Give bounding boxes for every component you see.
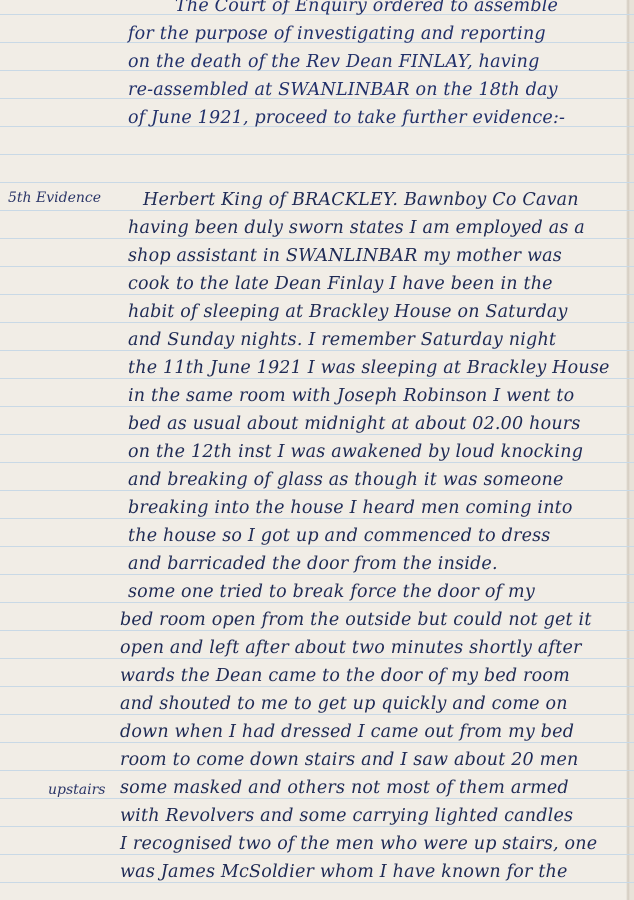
- evidence-line: the 11th June 1921 I was sleeping at Bra…: [128, 358, 610, 378]
- evidence-line: and Sunday nights. I remember Saturday n…: [128, 330, 556, 350]
- evidence-line: Herbert King of BRACKLEY. Bawnboy Co Cav…: [143, 190, 579, 210]
- header-line: for the purpose of investigating and rep…: [128, 24, 546, 44]
- ruled-line: [0, 406, 634, 407]
- ruled-line: [0, 462, 634, 463]
- evidence-line: shop assistant in SWANLINBAR my mother w…: [128, 246, 562, 266]
- ruled-line: [0, 210, 634, 211]
- evidence-line: some masked and others not most of them …: [120, 778, 569, 798]
- ruled-line: [0, 574, 634, 575]
- evidence-line: was James McSoldier whom I have known fo…: [120, 862, 568, 882]
- evidence-line: in the same room with Joseph Robinson I …: [128, 386, 574, 406]
- ruled-line: [0, 266, 634, 267]
- ruled-line: [0, 378, 634, 379]
- ruled-line: [0, 602, 634, 603]
- ruled-line: [0, 714, 634, 715]
- evidence-line: with Revolvers and some carrying lighted…: [120, 806, 573, 826]
- header-line: of June 1921, proceed to take further ev…: [128, 108, 565, 128]
- ruled-line: [0, 182, 634, 183]
- ruled-line: [0, 518, 634, 519]
- ruled-line: [0, 686, 634, 687]
- ruled-line: [0, 630, 634, 631]
- evidence-line: I recognised two of the men who were up …: [120, 834, 597, 854]
- ruled-line: [0, 546, 634, 547]
- ruled-line: [0, 154, 634, 155]
- evidence-line: and breaking of glass as though it was s…: [128, 470, 564, 490]
- ruled-line: [0, 770, 634, 771]
- evidence-line: bed room open from the outside but could…: [120, 610, 592, 630]
- evidence-line: habit of sleeping at Brackley House on S…: [128, 302, 568, 322]
- ruled-line: [0, 322, 634, 323]
- ruled-line: [0, 742, 634, 743]
- ruled-line: [0, 854, 634, 855]
- header-line: on the death of the Rev Dean FINLAY, hav…: [128, 52, 539, 72]
- evidence-line: on the 12th inst I was awakened by loud …: [128, 442, 583, 462]
- evidence-line: the house so I got up and commenced to d…: [128, 526, 551, 546]
- margin-insert-note: upstairs: [48, 782, 106, 798]
- evidence-line: down when I had dressed I came out from …: [120, 722, 574, 742]
- ruled-line: [0, 882, 634, 883]
- evidence-margin-label: 5th Evidence: [8, 190, 101, 206]
- evidence-line: open and left after about two minutes sh…: [120, 638, 582, 658]
- ruled-line: [0, 658, 634, 659]
- ruled-line: [0, 434, 634, 435]
- evidence-line: having been duly sworn states I am emplo…: [128, 218, 585, 238]
- ruled-line: [0, 798, 634, 799]
- ledger-page: The Court of Enquiry ordered to assemble…: [0, 0, 634, 900]
- evidence-line: bed as usual about midnight at about 02.…: [128, 414, 581, 434]
- evidence-line: cook to the late Dean Finlay I have been…: [128, 274, 553, 294]
- header-line: re-assembled at SWANLINBAR on the 18th d…: [128, 80, 558, 100]
- ruled-line: [0, 490, 634, 491]
- evidence-line: breaking into the house I heard men comi…: [128, 498, 573, 518]
- evidence-line: room to come down stairs and I saw about…: [120, 750, 578, 770]
- evidence-line: some one tried to break force the door o…: [128, 582, 535, 602]
- evidence-line: and shouted to me to get up quickly and …: [120, 694, 568, 714]
- ruled-line: [0, 294, 634, 295]
- header-line: The Court of Enquiry ordered to assemble: [175, 0, 558, 16]
- ruled-line: [0, 826, 634, 827]
- ruled-line: [0, 238, 634, 239]
- ruled-line: [0, 350, 634, 351]
- evidence-line: wards the Dean came to the door of my be…: [120, 666, 570, 686]
- evidence-line: and barricaded the door from the inside.: [128, 554, 498, 574]
